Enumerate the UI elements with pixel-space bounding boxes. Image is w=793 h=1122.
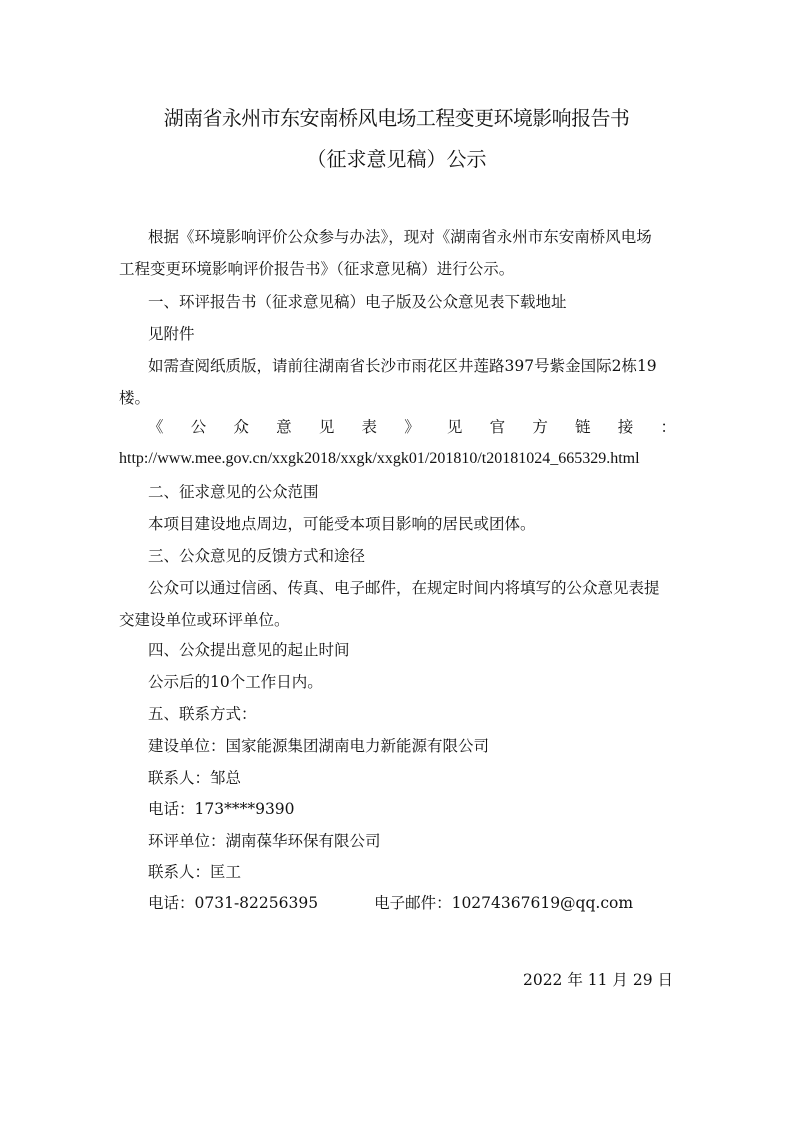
section5-heading: 五、联系方式：: [148, 704, 257, 724]
builder-phone: 电话：173****9390: [148, 799, 295, 819]
label-char: 表: [362, 417, 378, 437]
section3-heading: 三、公众意见的反馈方式和途径: [148, 546, 365, 566]
section2-body: 本项目建设地点周边，可能受本项目影响的居民或团体。: [148, 514, 536, 534]
builder-contact: 联系人：邹总: [148, 768, 241, 788]
section4-body: 公示后的10个工作日内。: [148, 672, 323, 692]
section2-heading: 二、征求意见的公众范围: [148, 482, 319, 502]
label-char: 众: [233, 417, 249, 437]
eia-email[interactable]: 电子邮件：10274367619@qq.com: [374, 894, 633, 912]
paper-copy-line2: 楼。: [119, 388, 150, 408]
label-char: 意: [276, 417, 292, 437]
opinion-form-link-label: 《 公 众 意 见 表 》 见 官 方 链 接 ：: [148, 417, 676, 437]
section4-heading: 四、公众提出意见的起止时间: [148, 640, 350, 660]
eia-phone: 电话：0731-82256395: [148, 894, 318, 912]
label-char: 官: [490, 417, 506, 437]
builder-unit: 建设单位：国家能源集团湖南电力新能源有限公司: [148, 736, 489, 756]
paper-copy-line1: 如需查阅纸质版，请前往湖南省长沙市雨花区井莲路397号紫金国际2栋19: [148, 356, 657, 376]
label-char: ：: [660, 417, 676, 437]
label-char: 公: [191, 417, 207, 437]
section1-heading: 一、环评报告书（征求意见稿）电子版及公众意见表下载地址: [148, 292, 567, 312]
eia-unit: 环评单位：湖南葆华环保有限公司: [148, 831, 381, 851]
eia-contact-row: 电话：0731-82256395电子邮件：10274367619@qq.com: [148, 893, 633, 913]
label-char: 接: [618, 417, 634, 437]
label-char: 链: [575, 417, 591, 437]
section3-body-line2: 交建设单位或环评单位。: [119, 610, 290, 630]
label-char: 方: [532, 417, 548, 437]
document-title-line2: （征求意见稿）公示: [0, 146, 793, 172]
eia-contact: 联系人：匡工: [148, 862, 241, 882]
label-char: 见: [447, 417, 463, 437]
document-page: 湖南省永州市东安南桥风电场工程变更环境影响报告书 （征求意见稿）公示 根据《环境…: [0, 0, 793, 1122]
label-char: 见: [319, 417, 335, 437]
intro-paragraph-line2: 工程变更环境影响评价报告书》（征求意见稿）进行公示。: [119, 259, 514, 279]
document-date: 2022 年 11 月 29 日: [523, 970, 673, 990]
intro-paragraph-line1: 根据《环境影响评价公众参与办法》，现对《湖南省永州市东安南桥风电场: [148, 227, 652, 247]
label-char: 》: [404, 417, 420, 437]
label-char: 《: [148, 417, 164, 437]
document-title-line1: 湖南省永州市东安南桥风电场工程变更环境影响报告书: [0, 105, 793, 131]
section3-body-line1: 公众可以通过信函、传真、电子邮件，在规定时间内将填写的公众意见表提: [148, 578, 660, 598]
attachment-note[interactable]: 见附件: [148, 324, 195, 344]
opinion-form-url-link[interactable]: http://www.mee.gov.cn/xxgk2018/xxgk/xxgk…: [119, 449, 640, 469]
